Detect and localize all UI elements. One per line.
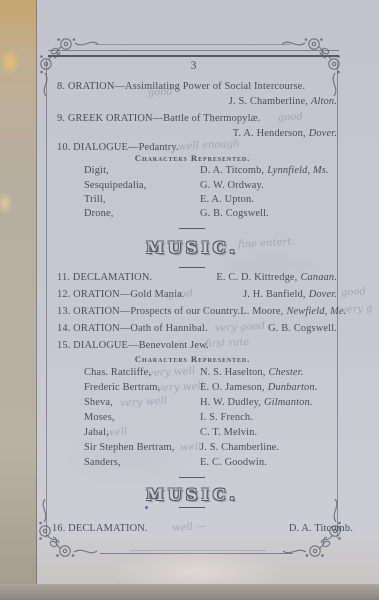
ink-speck: [145, 506, 148, 509]
section-divider: [179, 267, 205, 268]
character-row: Jabal,wellC. T. Melvin.: [84, 427, 342, 438]
frame-top-ornament-line: [95, 44, 291, 45]
program-item-8: 8. ORATION—Assimilating Power of Social …: [57, 81, 305, 92]
page-number: 3: [48, 60, 339, 72]
program-item-16-performer: D. A. Titcomb.: [289, 523, 353, 534]
frame-left-rule: [46, 60, 47, 538]
program-item-11: 11. DECLAMATION.E. C. D. Kittredge,Canaa…: [57, 272, 337, 283]
characters-heading: Characters Represented.: [46, 354, 339, 364]
pencil-annotation: very well: [120, 396, 168, 409]
section-divider: [179, 228, 205, 229]
program-item-9-performer: T. A. Henderson,Dover.: [233, 128, 337, 139]
program-item-13: 13. ORATION—Prospects of our Country.L. …: [57, 306, 337, 317]
music-heading: MUSIC.: [46, 485, 339, 504]
section-divider: [179, 507, 205, 508]
scan-background-band: [0, 584, 379, 600]
pencil-margin-annotation: good: [341, 286, 366, 298]
program-item-16: 16. DECLAMATION.: [52, 523, 148, 534]
pencil-annotation: very well: [148, 366, 196, 379]
pencil-annotation: well enough: [178, 138, 240, 152]
character-row: Sesquipedalia,G. W. Ordway.: [84, 180, 342, 191]
character-row: Digit,D. A. Titcomb,Lynnfield, Ms.: [84, 165, 342, 176]
foxing-spot: [0, 192, 13, 214]
program-item-9: 9. GREEK ORATION—Battle of Thermopylæ.: [57, 113, 261, 124]
character-row: Sanders,E. C. Goodwin.: [84, 457, 342, 468]
pencil-annotation: well: [180, 441, 202, 453]
character-row: Trill,E. A. Upton.: [84, 194, 342, 205]
character-row: Frederic Bertram,very wellE. O. Jameson,…: [84, 382, 342, 393]
pencil-annotation: well: [106, 426, 128, 438]
program-item-15: 15. DIALOGUE—Benevolent Jew.: [57, 340, 209, 351]
character-row: Moses,I. S. French.: [84, 412, 342, 423]
character-row: Sheva,very wellH. W. Dudley,Gilmanton.: [84, 397, 342, 408]
pencil-annotation: first rate: [205, 337, 250, 350]
pencil-annotation: good: [148, 86, 173, 98]
section-divider: [179, 477, 205, 478]
foxing-spot: [0, 48, 20, 76]
program-item-12: 12. ORATION—Gold Mania.J. H. Banfield,Do…: [57, 289, 337, 300]
music-heading: MUSIC.: [46, 238, 339, 257]
book-binding-edge: [0, 0, 37, 600]
pencil-annotation: good: [278, 111, 303, 123]
pencil-annotation: well —: [172, 521, 207, 534]
character-row: Drone,G. B. Cogswell.: [84, 208, 342, 219]
pencil-margin-annotation: very g: [341, 303, 373, 316]
program-item-10: 10. DIALOGUE—Pedantry.: [57, 142, 179, 153]
program-item-8-performer: J. S. Chamberline,Alton.: [229, 96, 337, 107]
character-row: Chas. Ratcliffe,very wellN. S. Haselton,…: [84, 367, 342, 378]
characters-heading: Characters Represented.: [46, 153, 339, 163]
pencil-annotation: good: [168, 288, 193, 300]
program-item-14: 14. ORATION—Oath of Hannibal.G. B. Cogsw…: [57, 323, 337, 334]
pencil-annotation: very well: [157, 381, 205, 394]
scanned-program-page: 3 8. ORATION—Assimilating Power of Socia…: [0, 0, 379, 600]
character-row: Sir Stephen Bertram,wellJ. S. Chamberlin…: [84, 442, 342, 453]
